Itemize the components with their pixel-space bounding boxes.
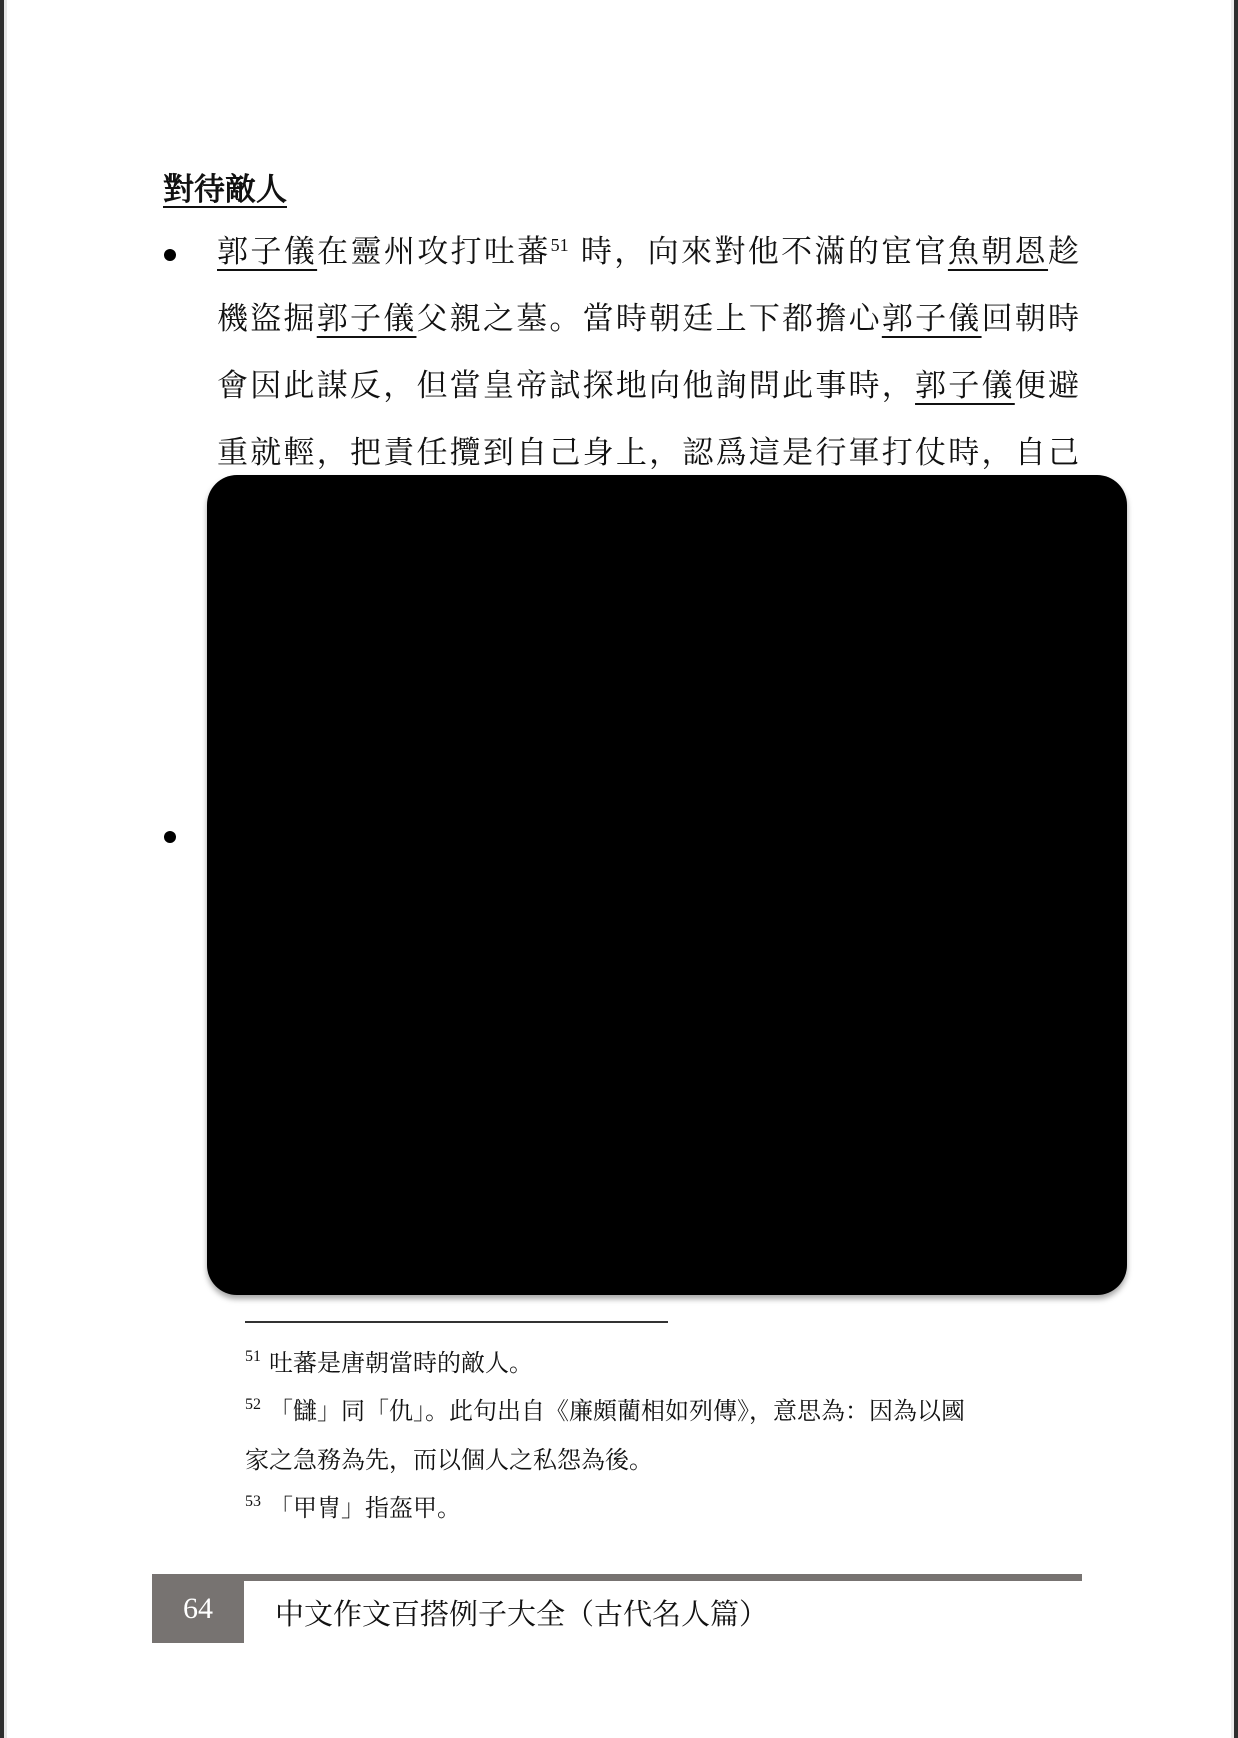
section-heading: 對待敵人 — [163, 164, 287, 209]
window-right-edge — [1234, 0, 1238, 1738]
footnote-52: 52「讎」同「仇」。此句出自《廉頗藺相如列傳》，意思為：因為以國 — [245, 1394, 965, 1428]
person-name: 郭子儀 — [915, 368, 1015, 404]
text-segment: 回朝時 — [982, 301, 1079, 337]
person-name: 郭子儀 — [217, 234, 317, 270]
window-left-shadow — [4, 0, 7, 1738]
footnote-text: 家之急務為先，而以個人之私怨為後。 — [245, 1446, 653, 1474]
text-segment: 父親之墓。當時朝廷上下都擔心 — [416, 301, 881, 337]
page-number: 64 — [152, 1574, 244, 1643]
text-segment: 機盜掘 — [217, 301, 317, 337]
footnote-ref-51[interactable]: 51 — [551, 235, 569, 255]
paragraph-line-2: 機盜掘郭子儀父親之墓。當時朝廷上下都擔心郭子儀回朝時 — [217, 297, 1079, 341]
footnote-separator — [245, 1321, 668, 1323]
text-segment: 時，向來對他不滿的宦官 — [569, 234, 948, 270]
footnote-52-continued: 家之急務為先，而以個人之私怨為後。 — [245, 1443, 653, 1477]
bullet-icon — [164, 831, 176, 843]
text-segment: 便避 — [1015, 368, 1079, 404]
book-title: 中文作文百搭例子大全（古代名人篇） — [275, 1590, 768, 1638]
footnote-text: 「甲冑」指盔甲。 — [269, 1494, 461, 1522]
paragraph-line-3: 會因此謀反，但當皇帝試探地向他詢問此事時，郭子儀便避 — [217, 364, 1079, 408]
footnote-51: 51吐蕃是唐朝當時的敵人。 — [245, 1346, 533, 1380]
person-name: 郭子儀 — [317, 301, 417, 337]
paragraph-line-4: 重就輕，把責任攬到自己身上，認爲這是行軍打仗時，自己 — [217, 431, 1079, 475]
person-name: 郭子儀 — [882, 301, 982, 337]
redacted-region — [207, 475, 1127, 1295]
text-segment: 重就輕，把責任攬到自己身上，認爲這是行軍打仗時，自己 — [217, 435, 1079, 471]
text-segment: 會因此謀反，但當皇帝試探地向他詢問此事時， — [217, 368, 915, 404]
person-name: 魚朝恩 — [948, 234, 1048, 270]
footnote-53: 53「甲冑」指盔甲。 — [245, 1491, 461, 1525]
paragraph-line-1: 郭子儀在靈州攻打吐蕃51 時，向來對他不滿的宦官魚朝恩趁 — [217, 230, 1079, 274]
footnote-number: 53 — [245, 1493, 261, 1510]
footer-rule — [152, 1574, 1082, 1581]
text-segment: 在靈州攻打吐蕃 — [317, 234, 551, 270]
footnote-text: 吐蕃是唐朝當時的敵人。 — [269, 1349, 533, 1377]
footnote-text: 「讎」同「仇」。此句出自《廉頗藺相如列傳》，意思為：因為以國 — [269, 1397, 965, 1425]
text-segment: 趁 — [1048, 234, 1079, 270]
window-right-shadow — [1231, 0, 1234, 1738]
bullet-icon — [164, 249, 176, 261]
footnote-number: 52 — [245, 1396, 261, 1413]
footnote-number: 51 — [245, 1348, 261, 1365]
